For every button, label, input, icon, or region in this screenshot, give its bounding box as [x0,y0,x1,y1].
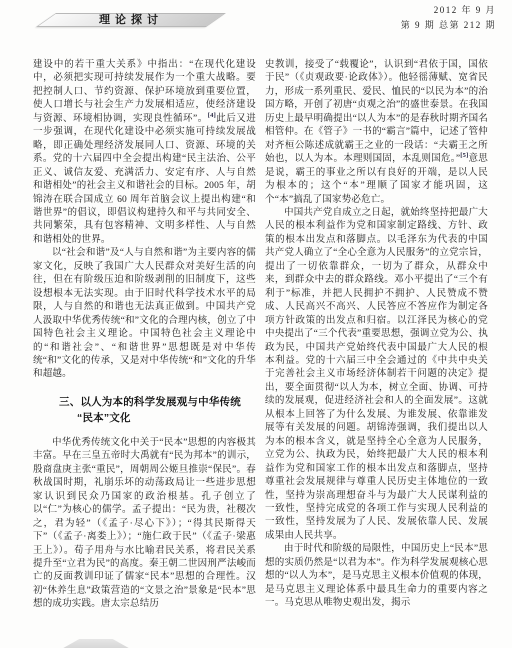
section-heading-line2: “民本”文化 [33,410,256,426]
section-banner: 理论探讨 [36,13,226,27]
paragraph-text: 此后又进一步强调，在现代化建设中必须实施可持续发展战略，即正确处理经济发展同人口… [33,114,256,245]
section-heading-line1: 三、以人为本的科学发展观与中华传统 [33,394,256,410]
issue-number: 第 9 期 总第 212 期 [401,18,496,33]
paragraph: 中华优秀传统文化中关于“民本”思想的内容极其丰富。早在三皇五帝时大禹就有“民为邦… [33,437,256,612]
issue-info: 2012 年 9 月 第 9 期 总第 212 期 [401,3,496,32]
journal-page: 理论探讨 2012 年 9 月 第 9 期 总第 212 期 建设中的若干重大关… [0,0,512,648]
paragraph: 史教训，接受了“载覆论”，认识到“君依于国，国依于民”（《贞观政要·论政体》）。… [265,59,488,207]
right-column: 史教训，接受了“载覆论”，认识到“君依于国，国依于民”（《贞观政要·论政体》）。… [265,59,488,612]
section-heading: 三、以人为本的科学发展观与中华传统 “民本”文化 [33,394,256,426]
footnote-ref-4: [4] [208,112,216,119]
footer-banner-partial [58,639,134,648]
article-body: 建设中的若干重大关系》中指出：“在现代化建设中，必须把实现可持续发展作为一个重大… [33,59,488,612]
issue-date: 2012 年 9 月 [401,3,496,18]
section-banner-label: 理论探讨 [47,14,215,26]
left-column: 建设中的若干重大关系》中指出：“在现代化建设中，必须把实现可持续发展作为一个重大… [33,59,256,612]
paragraph: 以“社会和谐”及“人与自然和谐”为主要内容的儒家文化，反映了我国广大人民群众对美… [33,247,256,382]
paragraph: 建设中的若干重大关系》中指出：“在现代化建设中，必须把实现可持续发展作为一个重大… [33,59,256,247]
paragraph: 由于时代和阶级的局限性，中国历史上“民本”思想的实质仍然是“以君为本”。作为科学… [265,543,488,610]
paragraph: 中国共产党自成立之日起，就始终坚持把最广大人民的根本利益作为党和国家制定路线、方… [265,207,488,543]
paragraph-text: 史教训，接受了“载覆论”，认识到“君依于国，国依于民”（《贞观政要·论政体》）。… [265,60,488,164]
